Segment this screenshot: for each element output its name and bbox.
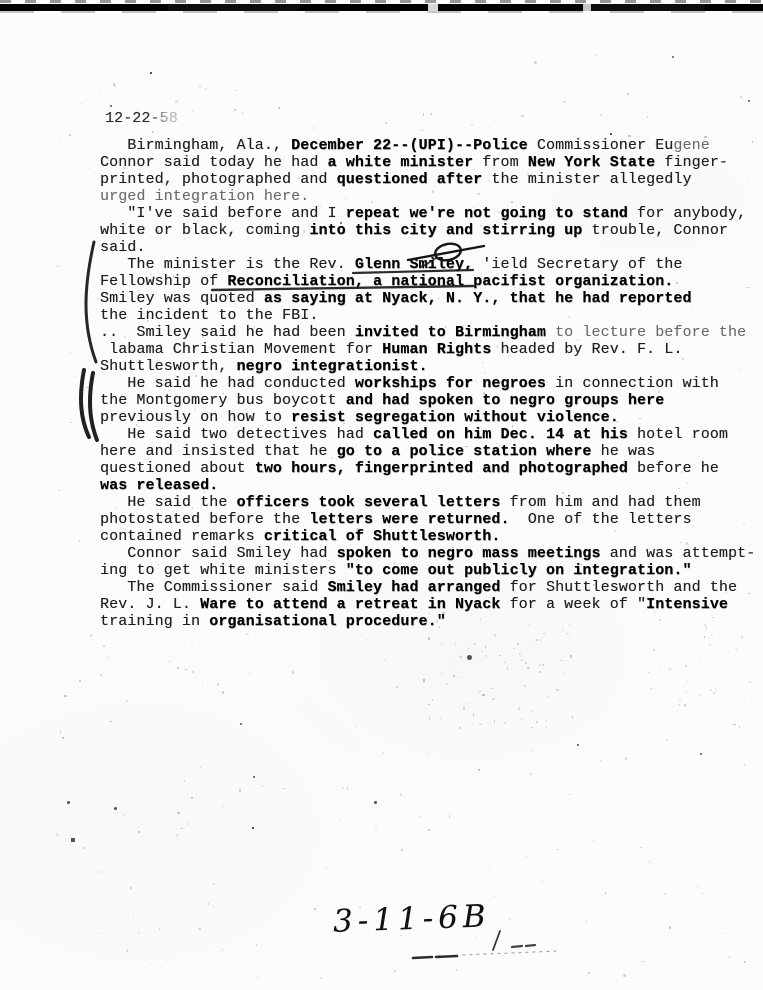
noise-speck [402, 742, 403, 743]
text-segment: negro integrationist. [237, 358, 428, 375]
noise-speck [749, 681, 751, 683]
noise-speck [728, 651, 729, 653]
noise-speck [690, 646, 691, 648]
noise-speck [678, 704, 680, 706]
text-segment: in connection with [555, 375, 719, 392]
noise-speck [678, 684, 679, 686]
text-segment: he was [601, 443, 656, 460]
text-segment: questioned after [337, 171, 492, 188]
noise-speck [283, 788, 285, 789]
text-segment: into this city and stirring up [309, 222, 591, 239]
noise-speck [188, 824, 189, 825]
text-segment: was released. [100, 477, 218, 494]
noise-speck [383, 752, 384, 754]
noise-speck [138, 831, 140, 833]
text-segment: to lecture before the [555, 324, 746, 341]
text-line: printed, photographed and questioned aft… [100, 171, 763, 188]
text-segment: for Shuttlesworth and the [510, 579, 738, 596]
noise-speck [569, 794, 570, 795]
noise-speck [673, 706, 675, 707]
noise-speck [67, 801, 70, 804]
noise-speck [256, 944, 258, 945]
noise-speck [75, 376, 76, 378]
noise-speck [466, 702, 467, 703]
text-segment: training in [100, 613, 209, 630]
text-segment: invited to Birmingham [355, 324, 555, 341]
noise-speck [700, 661, 701, 663]
noise-speck [588, 972, 590, 974]
noise-speck [579, 700, 580, 701]
noise-speck [192, 110, 194, 112]
text-segment: He said he had conducted [100, 375, 355, 392]
text-line: Fellowship of Reconciliation, a national… [100, 273, 763, 290]
noise-speck [306, 716, 307, 717]
noise-speck [481, 651, 483, 652]
noise-speck [217, 683, 219, 685]
noise-speck [453, 675, 456, 676]
noise-speck [700, 753, 702, 755]
noise-speck [479, 724, 482, 725]
noise-speck [547, 696, 549, 698]
noise-speck [744, 764, 745, 766]
text-segment: finger- [664, 154, 728, 171]
noise-speck [450, 656, 452, 657]
text-segment: from him and had them [510, 494, 701, 511]
noise-speck [320, 977, 322, 979]
noise-speck [314, 127, 315, 129]
text-segment: repeat we're not going to stand [346, 205, 637, 222]
text-segment: The Commissioner said [100, 579, 328, 596]
text-line: the incident to the FBI. [100, 307, 763, 324]
text-segment: white or black, coming [100, 222, 309, 239]
noise-speck [517, 643, 518, 646]
noise-speck [649, 861, 650, 863]
noise-speck [234, 109, 236, 111]
noise-speck [557, 849, 559, 850]
noise-speck [62, 737, 64, 739]
noise-speck [475, 937, 476, 939]
noise-speck [479, 691, 481, 692]
noise-speck [191, 797, 193, 798]
noise-speck [542, 664, 544, 666]
noise-speck [441, 673, 443, 675]
text-line: The minister is the Rev. Glenn Smiley, '… [100, 256, 763, 273]
margin-stroke-double-left [81, 370, 89, 437]
noise-speck [152, 131, 154, 133]
noise-speck [198, 928, 201, 929]
document-body: Birmingham, Ala., December 22--(UPI)--Po… [100, 137, 763, 630]
noise-speck [339, 819, 340, 820]
noise-speck [605, 892, 606, 894]
text-segment: "I've said before and I [100, 205, 346, 222]
noise-speck [513, 648, 514, 649]
text-segment: previously on how to [100, 409, 291, 426]
text-segment: Commissioner Eu [537, 137, 674, 154]
noise-speck [138, 932, 139, 934]
noise-speck [565, 718, 566, 719]
text-line: Connor said today he had a white ministe… [100, 154, 763, 171]
text-line: said. [100, 239, 763, 256]
text-segment: workships for negroes [355, 375, 555, 392]
noise-speck [751, 697, 752, 699]
noise-speck [126, 700, 128, 702]
text-segment: New York State [528, 154, 665, 171]
margin-stroke-double-right [90, 373, 97, 440]
text-segment: and was attempt- [610, 545, 756, 562]
noise-speck [653, 649, 655, 650]
noise-speck [525, 855, 527, 858]
noise-speck [530, 773, 531, 775]
noise-speck [423, 679, 425, 681]
noise-speck [508, 918, 511, 920]
noise-speck [400, 793, 401, 795]
noise-speck [174, 698, 175, 699]
text-segment: "to come out publicly on integration." [346, 562, 692, 579]
noise-speck [133, 70, 134, 72]
noise-speck [366, 639, 368, 641]
noise-speck [492, 698, 495, 700]
noise-speck [253, 776, 255, 778]
text-segment: Smiley had arranged [328, 579, 510, 596]
noise-speck [566, 633, 569, 634]
noise-speck [56, 833, 58, 835]
noise-speck [572, 716, 573, 718]
noise-speck [124, 814, 125, 816]
bottom-double-dash [512, 945, 535, 947]
noise-speck [593, 840, 595, 842]
noise-speck [648, 672, 650, 673]
scan-artifact-top-underbar [0, 11, 763, 13]
noise-speck [521, 115, 523, 117]
noise-speck [97, 298, 99, 300]
noise-speck [572, 642, 573, 644]
noise-speck [459, 727, 462, 729]
noise-speck [504, 722, 507, 724]
noise-speck [446, 683, 447, 685]
noise-speck [461, 101, 463, 102]
text-line: ing to get white ministers "to come out … [100, 562, 763, 579]
noise-speck [739, 726, 740, 728]
text-segment: the Montgomery bus boycott [100, 392, 346, 409]
text-segment: Intensive [646, 596, 728, 613]
noise-speck [700, 676, 702, 677]
text-segment: urged integration here. [100, 188, 309, 205]
text-segment: Connor said today he had [100, 154, 328, 171]
text-line: urged integration here. [100, 188, 763, 205]
noise-speck [459, 656, 461, 658]
text-segment: a white minister [328, 154, 483, 171]
noise-speck [381, 709, 382, 710]
noise-speck [709, 644, 711, 646]
text-segment: He said two detectives had [100, 426, 373, 443]
noise-speck [456, 969, 457, 970]
noise-speck [169, 661, 170, 662]
noise-speck [355, 725, 356, 727]
noise-speck [518, 686, 520, 687]
noise-speck [699, 694, 701, 695]
noise-speck [385, 122, 387, 124]
noise-speck [175, 100, 177, 102]
noise-speck [707, 636, 708, 638]
noise-speck [627, 93, 629, 95]
noise-speck [57, 884, 59, 885]
text-line: white or black, coming into this city an… [100, 222, 763, 239]
noise-speck [531, 727, 533, 728]
text-line: Smiley was quoted as saying at Nyack, N.… [100, 290, 763, 307]
noise-speck [439, 799, 441, 800]
noise-speck [222, 949, 223, 950]
noise-speck [728, 956, 730, 958]
bottom-slash-mark [493, 931, 500, 950]
noise-speck [471, 124, 473, 126]
noise-speck [184, 780, 185, 782]
noise-speck [463, 707, 465, 710]
text-line: photostated before the letters were retu… [100, 511, 763, 528]
noise-speck [539, 671, 540, 673]
noise-speck [537, 789, 538, 791]
noise-speck [731, 670, 733, 671]
text-segment: Reconciliation, a national pacifist orga… [227, 273, 673, 290]
noise-speck [577, 744, 579, 746]
noise-speck [679, 698, 680, 700]
margin-stroke-single [86, 242, 96, 362]
noise-speck [539, 664, 541, 666]
noise-speck [685, 665, 687, 667]
noise-speck [733, 724, 736, 725]
noise-speck [740, 96, 742, 98]
noise-speck [563, 101, 565, 103]
noise-speck [617, 965, 618, 967]
noise-speck [114, 807, 117, 810]
noise-speck [485, 655, 487, 657]
noise-speck [90, 634, 92, 636]
noise-speck [684, 704, 686, 706]
text-segment: hotel room [637, 426, 728, 443]
noise-speck [289, 652, 290, 654]
noise-speck [430, 113, 432, 115]
text-segment: the minister allegedly [491, 171, 691, 188]
text-segment: gene [673, 137, 709, 154]
noise-speck [246, 633, 248, 635]
noise-speck [79, 680, 81, 682]
noise-speck [585, 920, 587, 922]
noise-speck [346, 975, 348, 977]
text-segment: the incident to the FBI. [100, 307, 318, 324]
noise-speck [199, 86, 201, 87]
noise-speck [428, 704, 429, 705]
noise-speck [114, 85, 115, 87]
noise-speck [729, 879, 731, 882]
noise-speck [669, 688, 670, 690]
noise-speck [438, 955, 440, 957]
noise-speck [642, 961, 643, 962]
noise-speck [177, 812, 179, 814]
noise-speck [735, 649, 737, 650]
noise-speck [647, 116, 648, 118]
noise-speck [130, 887, 132, 889]
noise-speck [453, 665, 455, 667]
scan-artifact-top-edge-bar [0, 4, 763, 11]
noise-speck [98, 933, 100, 935]
noise-speck [440, 718, 441, 719]
text-segment: contained remarks [100, 528, 264, 545]
noise-speck [695, 659, 696, 660]
noise-speck [222, 805, 224, 807]
noise-speck [664, 893, 666, 895]
noise-speck [458, 133, 459, 134]
noise-speck [494, 720, 495, 722]
text-segment: Connor said Smiley had [100, 545, 337, 562]
noise-speck [138, 827, 139, 828]
noise-speck [69, 134, 71, 136]
noise-speck [460, 677, 461, 678]
noise-speck [542, 881, 543, 882]
noise-speck [669, 926, 670, 928]
noise-speck [504, 662, 506, 663]
noise-speck [485, 802, 486, 804]
noise-speck [419, 815, 420, 818]
noise-speck [712, 887, 714, 889]
noise-speck [244, 897, 245, 898]
noise-speck [560, 660, 563, 661]
noise-speck [256, 977, 258, 978]
noise-speck [240, 723, 242, 725]
noise-speck [129, 640, 130, 641]
noise-speck [666, 739, 668, 741]
noise-speck [484, 707, 485, 708]
noise-speck [107, 693, 109, 695]
text-segment: as saying at Nyack, N. Y., that he had r… [264, 290, 692, 307]
noise-speck [81, 103, 83, 105]
noise-speck [188, 821, 189, 823]
text-line: labama Christian Movement for Human Righ… [100, 341, 763, 358]
text-segment: headed by Rev. F. L. [500, 341, 682, 358]
noise-speck [748, 100, 750, 102]
noise-speck [213, 906, 214, 908]
noise-speck [381, 846, 383, 847]
noise-speck [507, 667, 508, 669]
noise-speck [485, 646, 486, 648]
noise-speck [702, 893, 703, 895]
noise-speck [563, 672, 564, 674]
text-segment: spoken to negro mass meetings [337, 545, 610, 562]
noise-speck [536, 639, 539, 641]
noise-speck [181, 828, 183, 829]
noise-speck [686, 692, 688, 693]
noise-speck [727, 99, 729, 100]
text-line: previously on how to resist segregation … [100, 409, 763, 426]
text-segment: labama Christian Movement for [100, 341, 382, 358]
noise-speck [235, 90, 237, 91]
text-segment: called on him Dec. 14 at his [373, 426, 637, 443]
noise-speck [625, 757, 626, 759]
text-line: He said two detectives had called on him… [100, 426, 763, 443]
noise-speck [536, 721, 538, 723]
noise-speck [670, 846, 672, 848]
scanned-document-page: 12-22-58 Birmingham, Ala., December 22--… [0, 0, 763, 990]
text-line: training in organisational procedure." [100, 613, 763, 630]
noise-speck [162, 788, 164, 789]
text-segment: before he [637, 460, 719, 477]
noise-speck [518, 653, 520, 654]
noise-speck [640, 847, 642, 848]
noise-speck [342, 788, 344, 789]
noise-speck [205, 88, 206, 90]
noise-speck [113, 83, 114, 85]
noise-speck [642, 792, 644, 793]
text-segment: said. [100, 239, 146, 256]
noise-speck [518, 707, 521, 710]
noise-speck [60, 514, 62, 515]
text-line: contained remarks critical of Shuttleswo… [100, 528, 763, 545]
noise-speck [133, 913, 134, 915]
noise-speck [567, 660, 569, 661]
noise-speck [308, 645, 309, 646]
noise-speck [429, 717, 430, 720]
text-segment: Shuttlesworth, [100, 358, 237, 375]
noise-speck [302, 821, 303, 823]
noise-speck [743, 703, 745, 705]
text-segment: here and insisted that he [100, 443, 337, 460]
noise-speck [71, 838, 75, 842]
noise-speck [521, 660, 523, 661]
noise-speck [185, 669, 187, 670]
noise-speck [687, 680, 688, 682]
noise-speck [519, 655, 521, 656]
noise-speck [432, 699, 433, 701]
text-line: The Commissioner said Smiley had arrange… [100, 579, 763, 596]
noise-speck [637, 750, 639, 751]
text-line: the Montgomery bus boycott and had spoke… [100, 392, 763, 409]
noise-speck [531, 710, 533, 712]
noise-speck [151, 964, 152, 965]
text-segment: officers took several letters [237, 494, 510, 511]
noise-speck [249, 673, 250, 675]
noise-speck [326, 867, 327, 869]
noise-speck [166, 105, 167, 107]
noise-speck [650, 688, 652, 690]
text-segment: 'ield Secretary of the [482, 256, 682, 273]
noise-speck [421, 130, 422, 131]
noise-speck [222, 691, 224, 693]
noise-speck [150, 816, 151, 817]
noise-speck [672, 56, 674, 58]
noise-speck [737, 762, 739, 763]
text-line: questioned about two hours, fingerprinte… [100, 460, 763, 477]
noise-speck [722, 933, 724, 934]
text-segment: He said the [100, 494, 237, 511]
text-segment: Rev. J. L. [100, 596, 200, 613]
noise-speck [191, 645, 193, 646]
noise-speck [540, 639, 541, 641]
noise-speck [60, 730, 61, 733]
noise-speck [423, 113, 424, 115]
text-segment: Human Rights [382, 341, 500, 358]
text-segment: Ware to attend a retreat in Nyack [200, 596, 509, 613]
text-segment: Smiley was quoted [100, 290, 264, 307]
scan-artifact-top-dashes [0, 0, 763, 3]
noise-speck [493, 896, 495, 897]
noise-speck [711, 634, 712, 636]
noise-speck [58, 490, 60, 491]
noise-speck [177, 810, 179, 811]
text-segment: December 22--(UPI)--Police [291, 137, 537, 154]
noise-speck [660, 667, 662, 669]
noise-speck [109, 721, 111, 722]
noise-speck [440, 643, 442, 645]
text-segment: The minister is the Rev. [100, 256, 355, 273]
noise-speck [110, 105, 112, 107]
